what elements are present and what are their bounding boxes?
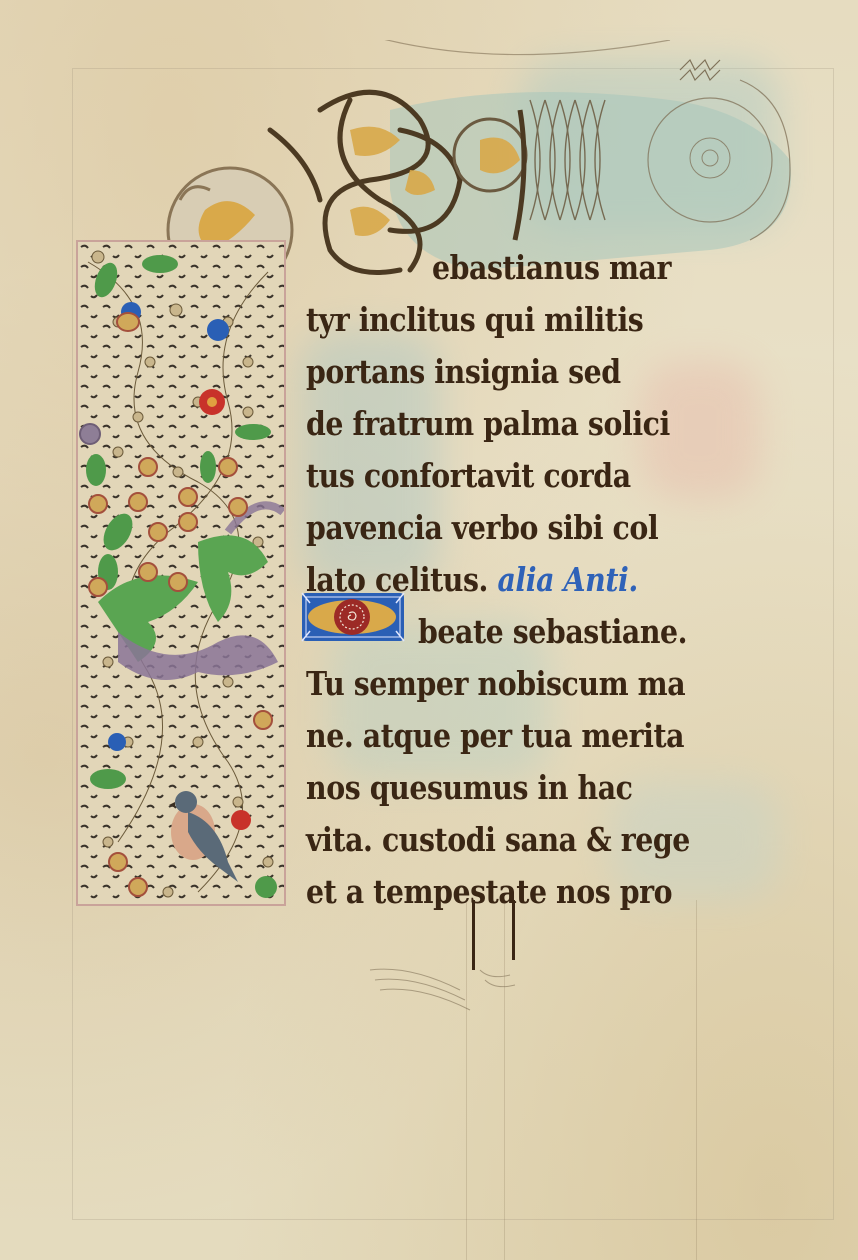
- descender-stroke: [512, 900, 515, 960]
- text-line: portans insignia sed: [306, 352, 621, 391]
- text-line: Tu semper nobiscum ma: [306, 664, 685, 703]
- text-line: pavencia verbo sibi col: [306, 508, 658, 547]
- text-line: ne. atque per tua merita: [306, 716, 684, 755]
- text-line: de fratrum palma solici: [306, 404, 670, 443]
- text-line: vita. custodi sana & rege: [306, 820, 690, 859]
- ruling-line: [504, 900, 505, 1260]
- text-line: tus confortavit corda: [306, 456, 631, 495]
- ruling-line: [466, 900, 467, 1260]
- text-line: ebastianus mar: [432, 248, 671, 287]
- ruling-line: [696, 900, 697, 1260]
- text-line: lato celitus. alia Anti.: [306, 560, 638, 599]
- text-line: et a tempestate nos pro: [306, 872, 672, 911]
- text-line: tyr inclitus qui militis: [306, 300, 643, 339]
- text-line: beate sebastiane.: [418, 612, 687, 651]
- text-segment: lato celitus.: [306, 560, 488, 599]
- margin-penwork: [360, 960, 560, 1020]
- rubric-antiphon: alia Anti.: [497, 560, 637, 599]
- manuscript-page: ebastianus mar tyr inclitus qui militis …: [0, 0, 858, 1260]
- text-line: nos quesumus in hac: [306, 768, 633, 807]
- decorated-border-panel: [76, 240, 286, 906]
